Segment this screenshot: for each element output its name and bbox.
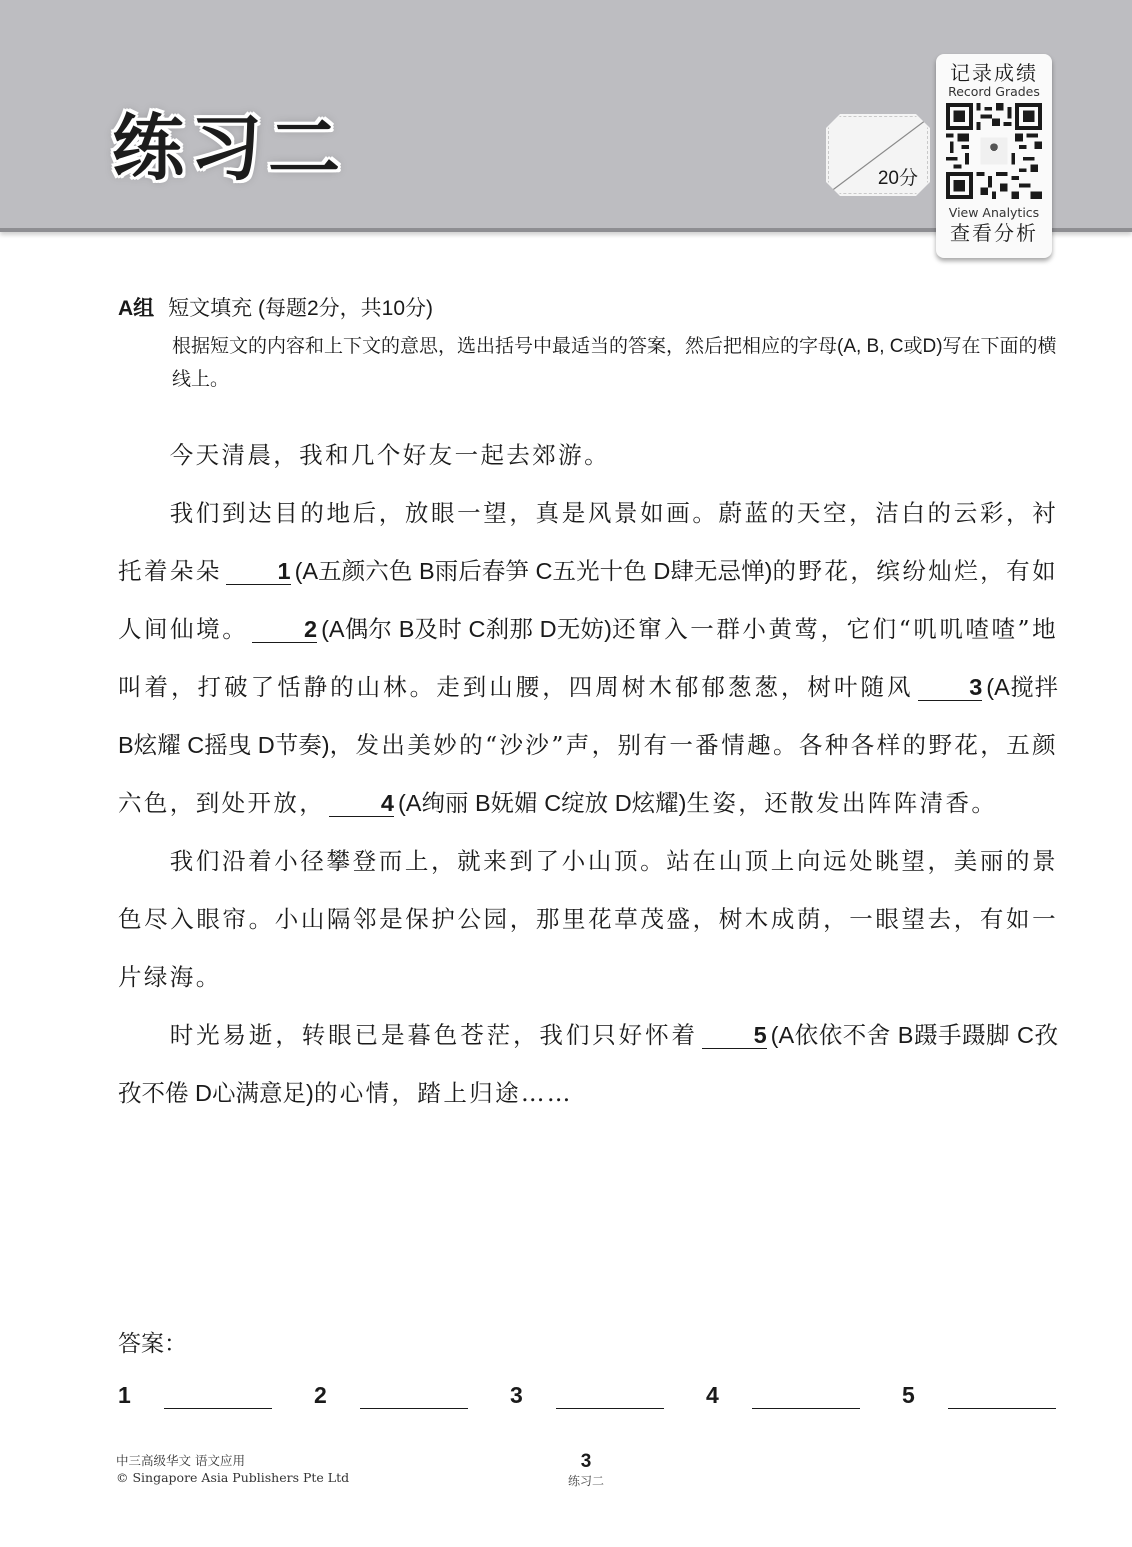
section-title: 短文填充 (每题2分，共10分)	[168, 297, 433, 320]
answer-blank-2[interactable]	[360, 1408, 468, 1409]
answers-label: 答案：	[118, 1325, 187, 1358]
qr-record-grades-card[interactable]: 记录成绩 Record Grades View Analytics 查	[936, 54, 1052, 258]
page-title: 练习二	[112, 112, 346, 184]
passage-paragraph-3: 我们沿着小径攀登而上，就来到了小山顶。站在山顶上向远处眺望，美丽的景色尽入眼帘。…	[118, 832, 1058, 1006]
answer-blank-3[interactable]	[556, 1408, 664, 1409]
qr-code-icon[interactable]	[946, 103, 1042, 199]
options-2: (A偶尔 B及时 C刹那 D无妨)	[321, 616, 612, 642]
qr-subtitle-cn: 查看分析	[936, 221, 1052, 245]
answer-blank-1[interactable]	[164, 1408, 272, 1409]
footer-copyright: © Singapore Asia Publishers Pte Ltd	[116, 1469, 349, 1486]
answer-row: 1 2 3 4 5	[118, 1380, 1058, 1412]
footer-credits: 中三高级华文 语文应用 © Singapore Asia Publishers …	[116, 1452, 349, 1486]
answer-number: 2	[314, 1382, 327, 1409]
section-instructions: 根据短文的内容和上下文的意思，选出括号中最适当的答案，然后把相应的字母(A, B…	[172, 330, 1062, 396]
blank-1: 1	[226, 558, 291, 585]
page-header-band: 练习二 20分 记录成绩 Record Grades	[0, 0, 1132, 232]
blank-5: 5	[702, 1022, 767, 1049]
answer-number: 3	[510, 1382, 523, 1409]
passage-text: 时光易逝，转眼已是暮色苍茫，我们只好怀着	[170, 1021, 698, 1049]
answer-number: 4	[706, 1382, 719, 1409]
blank-3: 3	[918, 674, 983, 701]
answer-blank-4[interactable]	[752, 1408, 860, 1409]
footer-page: 3 练习二	[556, 1452, 616, 1490]
section-group-label: A组	[118, 297, 154, 320]
passage: 今天清晨，我和几个好友一起去郊游。 我们到达目的地后，放眼一望，真是风景如画。蔚…	[118, 426, 1058, 1122]
answer-number: 5	[902, 1382, 915, 1409]
passage-text: 的心情，踏上归途……	[314, 1079, 573, 1107]
qr-subtitle-en: View Analytics	[936, 205, 1052, 221]
options-4: (A绚丽 B妩媚 C绽放 D炫耀)	[398, 790, 687, 816]
options-1: (A五颜六色 B雨后春笋 C五光十色 D肆无忌惮)	[295, 558, 773, 584]
qr-title-en: Record Grades	[936, 84, 1052, 100]
passage-paragraph-1: 今天清晨，我和几个好友一起去郊游。	[118, 426, 1058, 484]
answer-number: 1	[118, 1382, 131, 1409]
passage-paragraph-4: 时光易逝，转眼已是暮色苍茫，我们只好怀着5(A依依不舍 B蹑手蹑脚 C孜孜不倦 …	[118, 1006, 1058, 1122]
page-label: 练习二	[556, 1472, 616, 1490]
qr-title-cn: 记录成绩	[936, 62, 1052, 84]
passage-paragraph-2: 我们到达目的地后，放眼一望，真是风景如画。蔚蓝的天空，洁白的云彩，衬托着朵朵1(…	[118, 484, 1058, 832]
section-heading: A组短文填充 (每题2分，共10分)	[118, 292, 433, 322]
score-total: 20分	[878, 163, 918, 190]
page-number: 3	[556, 1452, 616, 1472]
blank-2: 2	[252, 616, 317, 643]
blank-4: 4	[329, 790, 394, 817]
passage-text: 生姿，还散发出阵阵清香。	[687, 789, 998, 817]
score-badge: 20分	[826, 114, 930, 196]
footer-book-title: 中三高级华文 语文应用	[116, 1452, 349, 1469]
answer-blank-5[interactable]	[948, 1408, 1056, 1409]
